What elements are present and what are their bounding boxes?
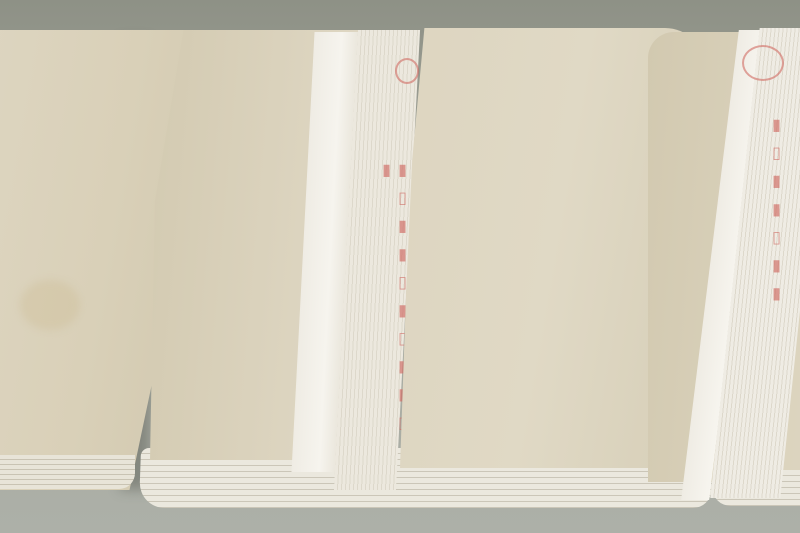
- red-seal-stamp: [742, 45, 784, 81]
- photo-scene: ▮ ▯ ▮ ▮ ▯ ▮ ▯ ▮ ▮ ▯ ▮ ▮ ▯ ▮ ▮ ▯ ▮ ▮: [0, 0, 800, 533]
- red-seal-stamp: [395, 58, 419, 84]
- red-stamp-marks: ▮ ▯ ▮ ▮ ▯ ▮ ▮: [768, 115, 784, 335]
- left-bundle-stack-edge: [0, 455, 135, 489]
- paper-stain: [20, 280, 80, 330]
